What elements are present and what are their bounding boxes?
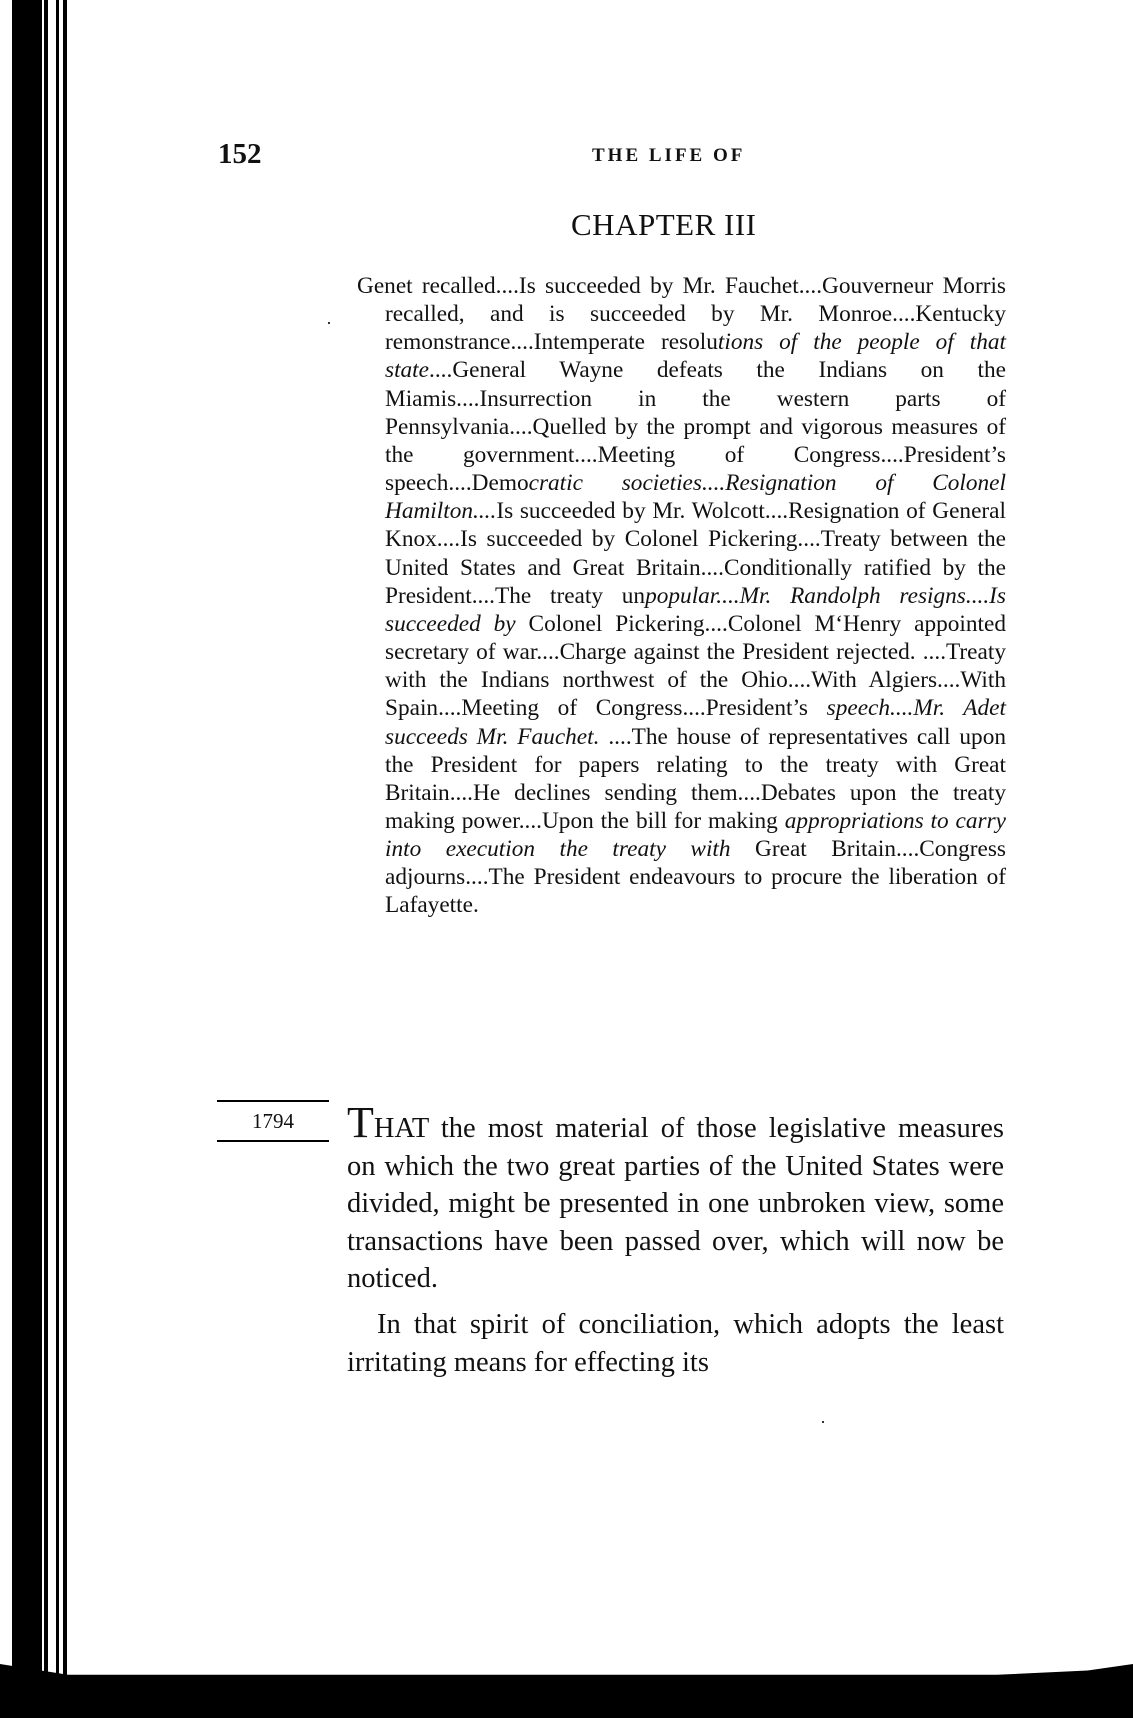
paragraph-2: In that spirit of conciliation, which ad… — [347, 1306, 1004, 1381]
binding-line — [63, 0, 67, 1718]
running-head: THE LIFE OF — [592, 145, 745, 167]
body-text: THAT the most material of those legislat… — [347, 1108, 1004, 1381]
paragraph-1-text: HAT the most material of those legislati… — [347, 1113, 1004, 1294]
marginal-year-note: 1794 — [217, 1100, 329, 1142]
chapter-summary: Genet recalled....Is succeeded by Mr. Fa… — [357, 272, 1006, 920]
binding-line — [44, 0, 48, 1718]
sidenote-year: 1794 — [217, 1102, 329, 1140]
book-binding-edge — [0, 0, 70, 1718]
page-number: 152 — [218, 138, 262, 171]
print-speck — [822, 1421, 824, 1423]
binding-shadow — [12, 0, 42, 1718]
print-speck — [328, 322, 330, 324]
sidenote-rule-bottom — [217, 1140, 329, 1142]
drop-cap: T — [347, 1098, 374, 1147]
paragraph-1: THAT the most material of those legislat… — [347, 1108, 1004, 1298]
chapter-title: CHAPTER III — [571, 207, 756, 243]
page-bottom-edge — [0, 1664, 1133, 1718]
binding-line — [56, 0, 59, 1718]
